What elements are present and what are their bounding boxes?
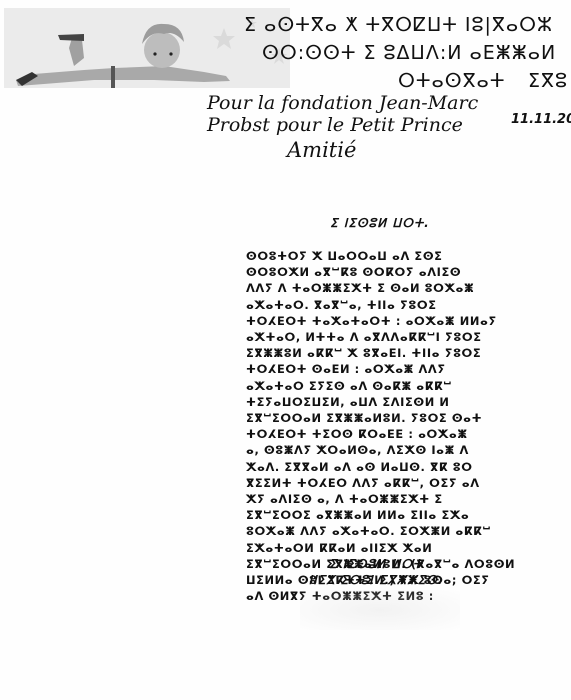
printed-title: ⵉ ⵏⵉⵙⵓⵍ ⵡⵔⵜ.	[330, 216, 430, 230]
body-line: ⴷⴷⵢ ⴷ ⵜⴰⵔⵥⵥⵉⵅⵜ ⵉ ⵙⴰⵍ ⵓⵔⵅⴰⵥ	[246, 280, 506, 296]
body-line: ⵉⵅⴰⵜⴰⵔⵍ ⴽⴽⴰⵍ ⴰⵏⵏⵉⵅ ⵅⴰⵍ	[246, 540, 506, 556]
body-line: ⵉⴳⵥⵥⵓⵍ ⴰⴽⴽⵯ ⵅ ⵓⴳⴰⴹⵏ. ⵜⵏⵏⴰ ⵢⵓⵔⵉ	[246, 345, 506, 361]
body-line: ⵙⵔⵓⵔⵅⵍ ⴰⴳⵯⴽⵓ ⵙⵔⴽⵔⵢ ⴰⴷⵏⵉⵙ	[246, 264, 506, 280]
handwritten-tifinagh-line-1: ⵉ ⴰⵙⵜⴳⴰ ⵅ ⵜⴳⵔⵇⵡⵜ ⵏⵓ|ⴳⴰⵔⵣ	[244, 14, 553, 36]
handwritten-tifinagh-line-4: ⵉⴳⵓ	[528, 70, 568, 92]
handwritten-tifinagh-line-2: ⵙⵔ:ⵙⵙⵜ ⵉ ⵓⵠⵡⴷ:ⵍ ⴰⴹⵥⵥⴰⵍ	[262, 42, 556, 64]
closing-line: ⵉ ⵏⵉⵙⵓⵍ ⵡⵔⵜ	[246, 556, 506, 572]
body-line: ⵅⵢ ⴰⴷⵏⵉⵙ ⴰ, ⴷ ⵜⴰⵔⵥⵥⵉⵅⵜ ⵉ	[246, 491, 506, 507]
body-line: ⵜⵔⵃⴹⵔⵜ ⵙⴰⴹⵍ : ⴰⵔⵅⴰⵥ ⴷⴷⵢ	[246, 361, 506, 377]
body-line: ⴰⵅⴰⵜⴰⵔ. ⴳⴰⴳⵯⴰ, ⵜⵏⵏⴰ ⵢⵓⵔⵉ	[246, 297, 506, 313]
body-line: ⵅⴰⴷ. ⵉⴳⴳⴰⵍ ⴰⴷ ⴰⵙ ⵍⴰⵡⵙ. ⴳⴽ ⵓⵔ	[246, 459, 506, 475]
body-line: ⵓⵔⵅⴰⵥ ⴷⴷⵢ ⴰⵅⴰⵜⴰⵔ. ⵉⵔⵅⵥⵍ ⴰⴽⴽⵯ	[246, 523, 506, 539]
closing-line: ⵏⵏⵉⵅ ⵉⵔⵓⵏ ⵉⴳⵥⵥⵉⵙ.	[246, 572, 506, 588]
body-line: ⴰ, ⵙⵓⵥⴷⵢ ⵅⵔⴰⵍⵙⴰ, ⴷⵉⵅⵙ ⵏⴰⵥ ⴷ	[246, 442, 506, 458]
body-line: ⵉⴳⵯⵉⵔⵔⵉ ⴰⴳⵥⵥⴰⵍ ⵍⵍⴰ ⵉⵏⵏⴰ ⵉⵅⴰ	[246, 507, 506, 523]
dedication-date: 11.11.2014	[511, 112, 571, 127]
body-line: ⵜⵔⵃⴹⵔⵜ ⵜⵉⵔⵙ ⴽⵔⴰⴹⴹ : ⴰⵔⵅⴰⵥ	[246, 426, 506, 442]
printed-closing: ⵉ ⵏⵉⵙⵓⵍ ⵡⵔⵜⵏⵏⵉⵅ ⵉⵔⵓⵏ ⵉⴳⵥⵥⵉⵙ.	[246, 556, 506, 588]
printed-body: ⵙⵔⵓⵜⵔⵢ ⵅ ⵡⴰⵔⵔⴰⵡ ⴰⴷ ⵉⵙⵉⵙⵔⵓⵔⵅⵍ ⴰⴳⵯⴽⵓ ⵙⵔⴽⵔⵢ…	[246, 248, 506, 604]
body-line: ⵜⵉⵢⴰⵡⵔⵉⵡⵉⵍ, ⴰⵡⴷ ⵉⴷⵏⵉⵙⵍ ⵍ	[246, 394, 506, 410]
body-line: ⴰⵅⵜⴰⵔ, ⵍⵜⵜⴰ ⴷ ⴰⴳⴷⴷⴰⴽⴽⵯⵏ ⵢⵓⵔⵉ	[246, 329, 506, 345]
body-line: ⵉⴳⵯⵉⵔⵔⴰⵍ ⵉⴳⵥⵥⴰⵍⵓⵍ. ⵢⵓⵔⵉ ⵙⴰⵜ	[246, 410, 506, 426]
dedication-line-1: Pour la fondation Jean-Marc	[207, 92, 478, 114]
dedication-signoff: Amitié	[287, 138, 356, 162]
body-line: ⴰⵅⴰⵜⴰⵔ ⵉⵢⵉⵙ ⴰⴷ ⵙⴰⴽⵥ ⴰⴽⴽⵯ	[246, 378, 506, 394]
document-page: ⵉ ⴰⵙⵜⴳⴰ ⵅ ⵜⴳⵔⵇⵡⵜ ⵏⵓ|ⴳⴰⵔⵣ ⵙⵔ:ⵙⵙⵜ ⵉ ⵓⵠⵡⴷ:ⵍ…	[0, 0, 571, 700]
handwritten-tifinagh-line-3: ⵔⵜⴰⵙⴳⴰⵜ	[398, 70, 505, 92]
paper-show-through	[300, 590, 460, 630]
dedication-line-2: Probst pour le Petit Prince	[207, 114, 463, 136]
body-line: ⵙⵔⵓⵜⵔⵢ ⵅ ⵡⴰⵔⵔⴰⵡ ⴰⴷ ⵉⵙⵉ	[246, 248, 506, 264]
body-line: ⴳⵉⵉⵍⵜ ⵜⵔⵃⴹⵔ ⴷⴷⵢ ⴰⴽⴽⵯ, ⵔⵉⵢ ⴰⴷ	[246, 475, 506, 491]
body-line: ⵜⵔⵃⴹⵔⵜ ⵜⴰⵅⴰⵜⴰⵔⵜ : ⴰⵔⵅⴰⵥ ⵍⵍⴰⵢ	[246, 313, 506, 329]
